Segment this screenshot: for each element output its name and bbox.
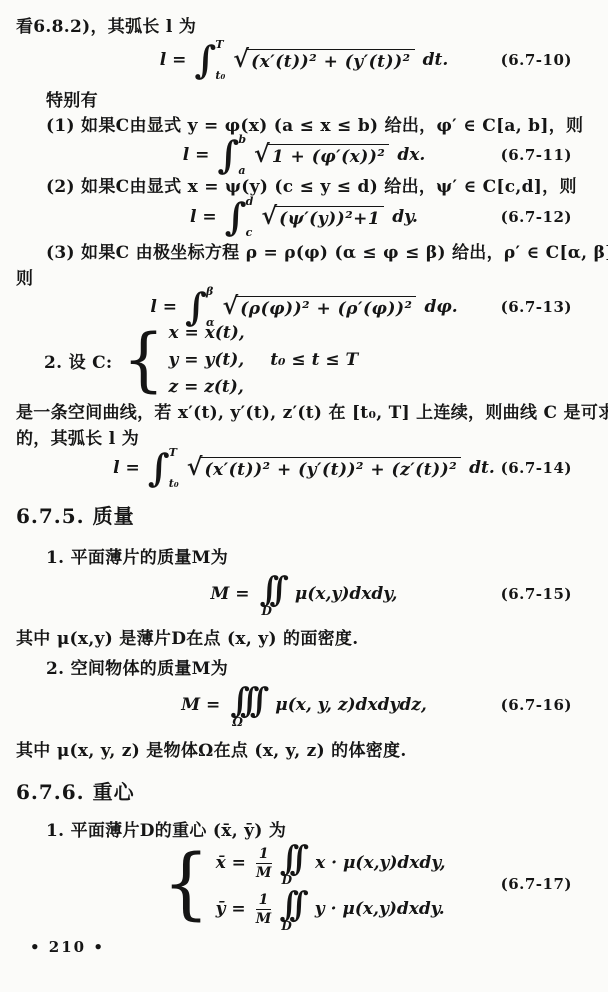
integral: ∫ d c [225, 195, 254, 239]
integrand: y · μ(x,y)dxdy. [315, 896, 445, 922]
curve-text-line-1: 是一条空间曲线，若 x′(t), y′(t), z′(t) 在 [t₀, T] … [16, 398, 608, 423]
integral: ∫ b a [217, 133, 246, 177]
equation-lhs: M = [211, 584, 250, 604]
equation-lhs: l = [113, 458, 140, 478]
integral-domain: Ω [230, 716, 243, 728]
centroid-equations: x̄ = 1 M ∫∫ D x · μ(x,y)dxdy, ȳ = [210, 840, 446, 928]
differential: dx. [397, 145, 425, 165]
square-root: √ (x′(t))² + (y′(t))² + (z′(t))² [187, 457, 461, 480]
equation-number: (6.7-14) [501, 459, 572, 477]
differential: dt. [423, 50, 449, 70]
equation-6-7-17: { x̄ = 1 M ∫∫ D x · μ(x,y)dxdy, [163, 840, 446, 928]
differential: dφ. [424, 297, 457, 317]
integral-sign-icon: ∫ [289, 886, 309, 924]
system-label: 2. 设 C: [44, 348, 113, 373]
fraction-numerator: 1 [256, 846, 272, 864]
equation-lhs: l = [183, 145, 210, 165]
equation-number: (6.7-10) [501, 51, 572, 69]
equation-6-7-12: l = ∫ d c √ (ψ′(y))²+1 dy. [190, 195, 418, 239]
formula-6-7-12: l = ∫ d c √ (ψ′(y))²+1 dy. (6.7-12) [0, 192, 608, 242]
fraction-1-over-M: 1 M [256, 892, 272, 927]
radicand: (x′(t))² + (y′(t))² [247, 49, 415, 72]
space-curve-system: 2. 设 C: { x = x(t), y = y(t),t₀ ≤ t ≤ T … [44, 320, 358, 400]
centroid-equation-x: x̄ = 1 M ∫∫ D x · μ(x,y)dxdy, [216, 840, 446, 886]
equation-lhs: l = [150, 297, 177, 317]
mass-note-1: 其中 μ(x,y) 是薄片D在点 (x, y) 的面密度. [16, 624, 358, 649]
integral-upper-limit: b [238, 134, 246, 145]
case-3-line: (3) 如果C 由极坐标方程 ρ = ρ(φ) (α ≤ φ ≤ β) 给出，ρ… [46, 238, 608, 263]
integral-limits: b a [238, 133, 246, 177]
integral-sign-icon: ∫ [225, 195, 247, 239]
integral-upper-limit: T [215, 39, 225, 50]
integral-upper-limit: T [169, 447, 179, 458]
integral-sign-icon: ∫ [289, 840, 309, 878]
integral-lower-limit: t₀ [169, 478, 179, 489]
integrand: μ(x,y)dxdy, [295, 584, 398, 604]
equation-number: (6.7-16) [501, 696, 572, 714]
formula-6-7-14: l = ∫ T t₀ √ (x′(t))² + (y′(t))² + (z′(t… [0, 442, 608, 494]
fraction-denominator: M [256, 864, 272, 881]
integral-sign-icon: ∫ [217, 133, 239, 177]
equation-text: y = y(t), [169, 347, 245, 373]
mass-item-1: 1. 平面薄片的质量M为 [46, 543, 228, 568]
double-integral: ∫∫ D [260, 571, 289, 617]
equation-number: (6.7-12) [501, 208, 572, 226]
equation-number: (6.7-11) [501, 146, 572, 164]
integral-limits: T t₀ [169, 446, 179, 490]
especially-line: 特别有 [46, 86, 98, 111]
mass-note-2: 其中 μ(x, y, z) 是物体Ω在点 (x, y, z) 的体密度. [16, 736, 407, 761]
differential: dy. [392, 207, 418, 227]
triple-integral: ∫∫∫ Ω [230, 682, 269, 728]
fraction-numerator: 1 [256, 892, 272, 910]
equation-lhs: ȳ = [216, 896, 246, 922]
formula-6-7-10: l = ∫ T t₀ √ (x′(t))² + (y′(t))² dt. (6.… [0, 34, 608, 86]
section-heading-676: 6.7.6. 重心 [16, 776, 135, 805]
radicand: (ρ(φ))² + (ρ′(φ))² [236, 296, 416, 319]
system-equations: x = x(t), y = y(t),t₀ ≤ t ≤ T z = z(t), [165, 320, 359, 400]
integral-limits: d c [246, 195, 254, 239]
integrand: x · μ(x,y)dxdy, [315, 850, 445, 876]
equation-lhs: l = [190, 207, 217, 227]
page-number: • 210 • [30, 938, 105, 956]
system-equation-x: x = x(t), [169, 320, 359, 346]
square-root: √ (x′(t))² + (y′(t))² [233, 49, 414, 72]
radicand: 1 + (φ′(x))² [268, 144, 390, 167]
equation-lhs: x̄ = [216, 850, 246, 876]
formula-6-7-15: M = ∫∫ D μ(x,y)dxdy, (6.7-15) [0, 566, 608, 622]
integral: ∫ T t₀ [194, 38, 225, 82]
radicand: (ψ′(y))²+1 [275, 206, 384, 229]
equation-number: (6.7-15) [501, 585, 572, 603]
square-root: √ 1 + (φ′(x))² [254, 144, 389, 167]
integral-domain: D [279, 920, 291, 932]
equation-6-7-16: M = ∫∫∫ Ω μ(x, y, z)dxdydz, [181, 682, 427, 728]
system-equation-y: y = y(t),t₀ ≤ t ≤ T [169, 347, 359, 373]
integral-sign-icon: ∫ [194, 38, 216, 82]
double-integral: ∫∫ D [279, 886, 308, 932]
formula-6-7-16: M = ∫∫∫ Ω μ(x, y, z)dxdydz, (6.7-16) [0, 676, 608, 734]
section-heading-675: 6.7.5. 质量 [16, 500, 135, 529]
equation-6-7-11: l = ∫ b a √ 1 + (φ′(x))² dx. [183, 133, 426, 177]
left-brace: { [163, 838, 210, 930]
integral: ∫ T t₀ [148, 446, 179, 490]
radicand: (x′(t))² + (y′(t))² + (z′(t))² [200, 457, 461, 480]
equation-number: (6.7-13) [501, 298, 572, 316]
equation-6-7-14: l = ∫ T t₀ √ (x′(t))² + (y′(t))² + (z′(t… [113, 446, 495, 490]
equation-lhs: l = [160, 50, 187, 70]
square-root: √ (ρ(φ))² + (ρ′(φ))² [222, 296, 416, 319]
integral-lower-limit: c [246, 227, 254, 238]
integral-upper-limit: d [246, 196, 254, 207]
square-root: √ (ψ′(y))²+1 [261, 206, 384, 229]
integral-upper-limit: β [206, 286, 214, 297]
integral-sign-icon: ∫ [269, 571, 289, 609]
fraction-1-over-M: 1 M [256, 846, 272, 881]
scanned-book-page: 看6.8.2)，其弧长 l 为 l = ∫ T t₀ √ (x′(t))² + … [0, 0, 608, 992]
equation-6-7-15: M = ∫∫ D μ(x,y)dxdy, [211, 571, 398, 617]
left-brace: { [123, 318, 165, 402]
centroid-equation-y: ȳ = 1 M ∫∫ D y · μ(x,y)dxdy. [216, 886, 446, 932]
formula-6-7-17: { x̄ = 1 M ∫∫ D x · μ(x,y)dxdy, [0, 838, 608, 930]
integral-sign-icon: ∫ [148, 446, 170, 490]
differential: dt. [469, 458, 495, 478]
integral-domain: D [260, 605, 272, 617]
fraction-denominator: M [256, 910, 272, 927]
integrand: μ(x, y, z)dxdydz, [275, 695, 427, 715]
parameter-range: t₀ ≤ t ≤ T [270, 347, 358, 373]
double-integral: ∫∫ D [280, 840, 309, 886]
equation-lhs: M = [181, 695, 220, 715]
integral-lower-limit: t₀ [215, 70, 225, 81]
system-equation-z: z = z(t), [169, 374, 359, 400]
equation-6-7-10: l = ∫ T t₀ √ (x′(t))² + (y′(t))² dt. [160, 38, 449, 82]
integral-limits: T t₀ [215, 38, 225, 82]
integral-sign-icon: ∫ [250, 682, 270, 720]
equation-number: (6.7-17) [501, 875, 572, 893]
